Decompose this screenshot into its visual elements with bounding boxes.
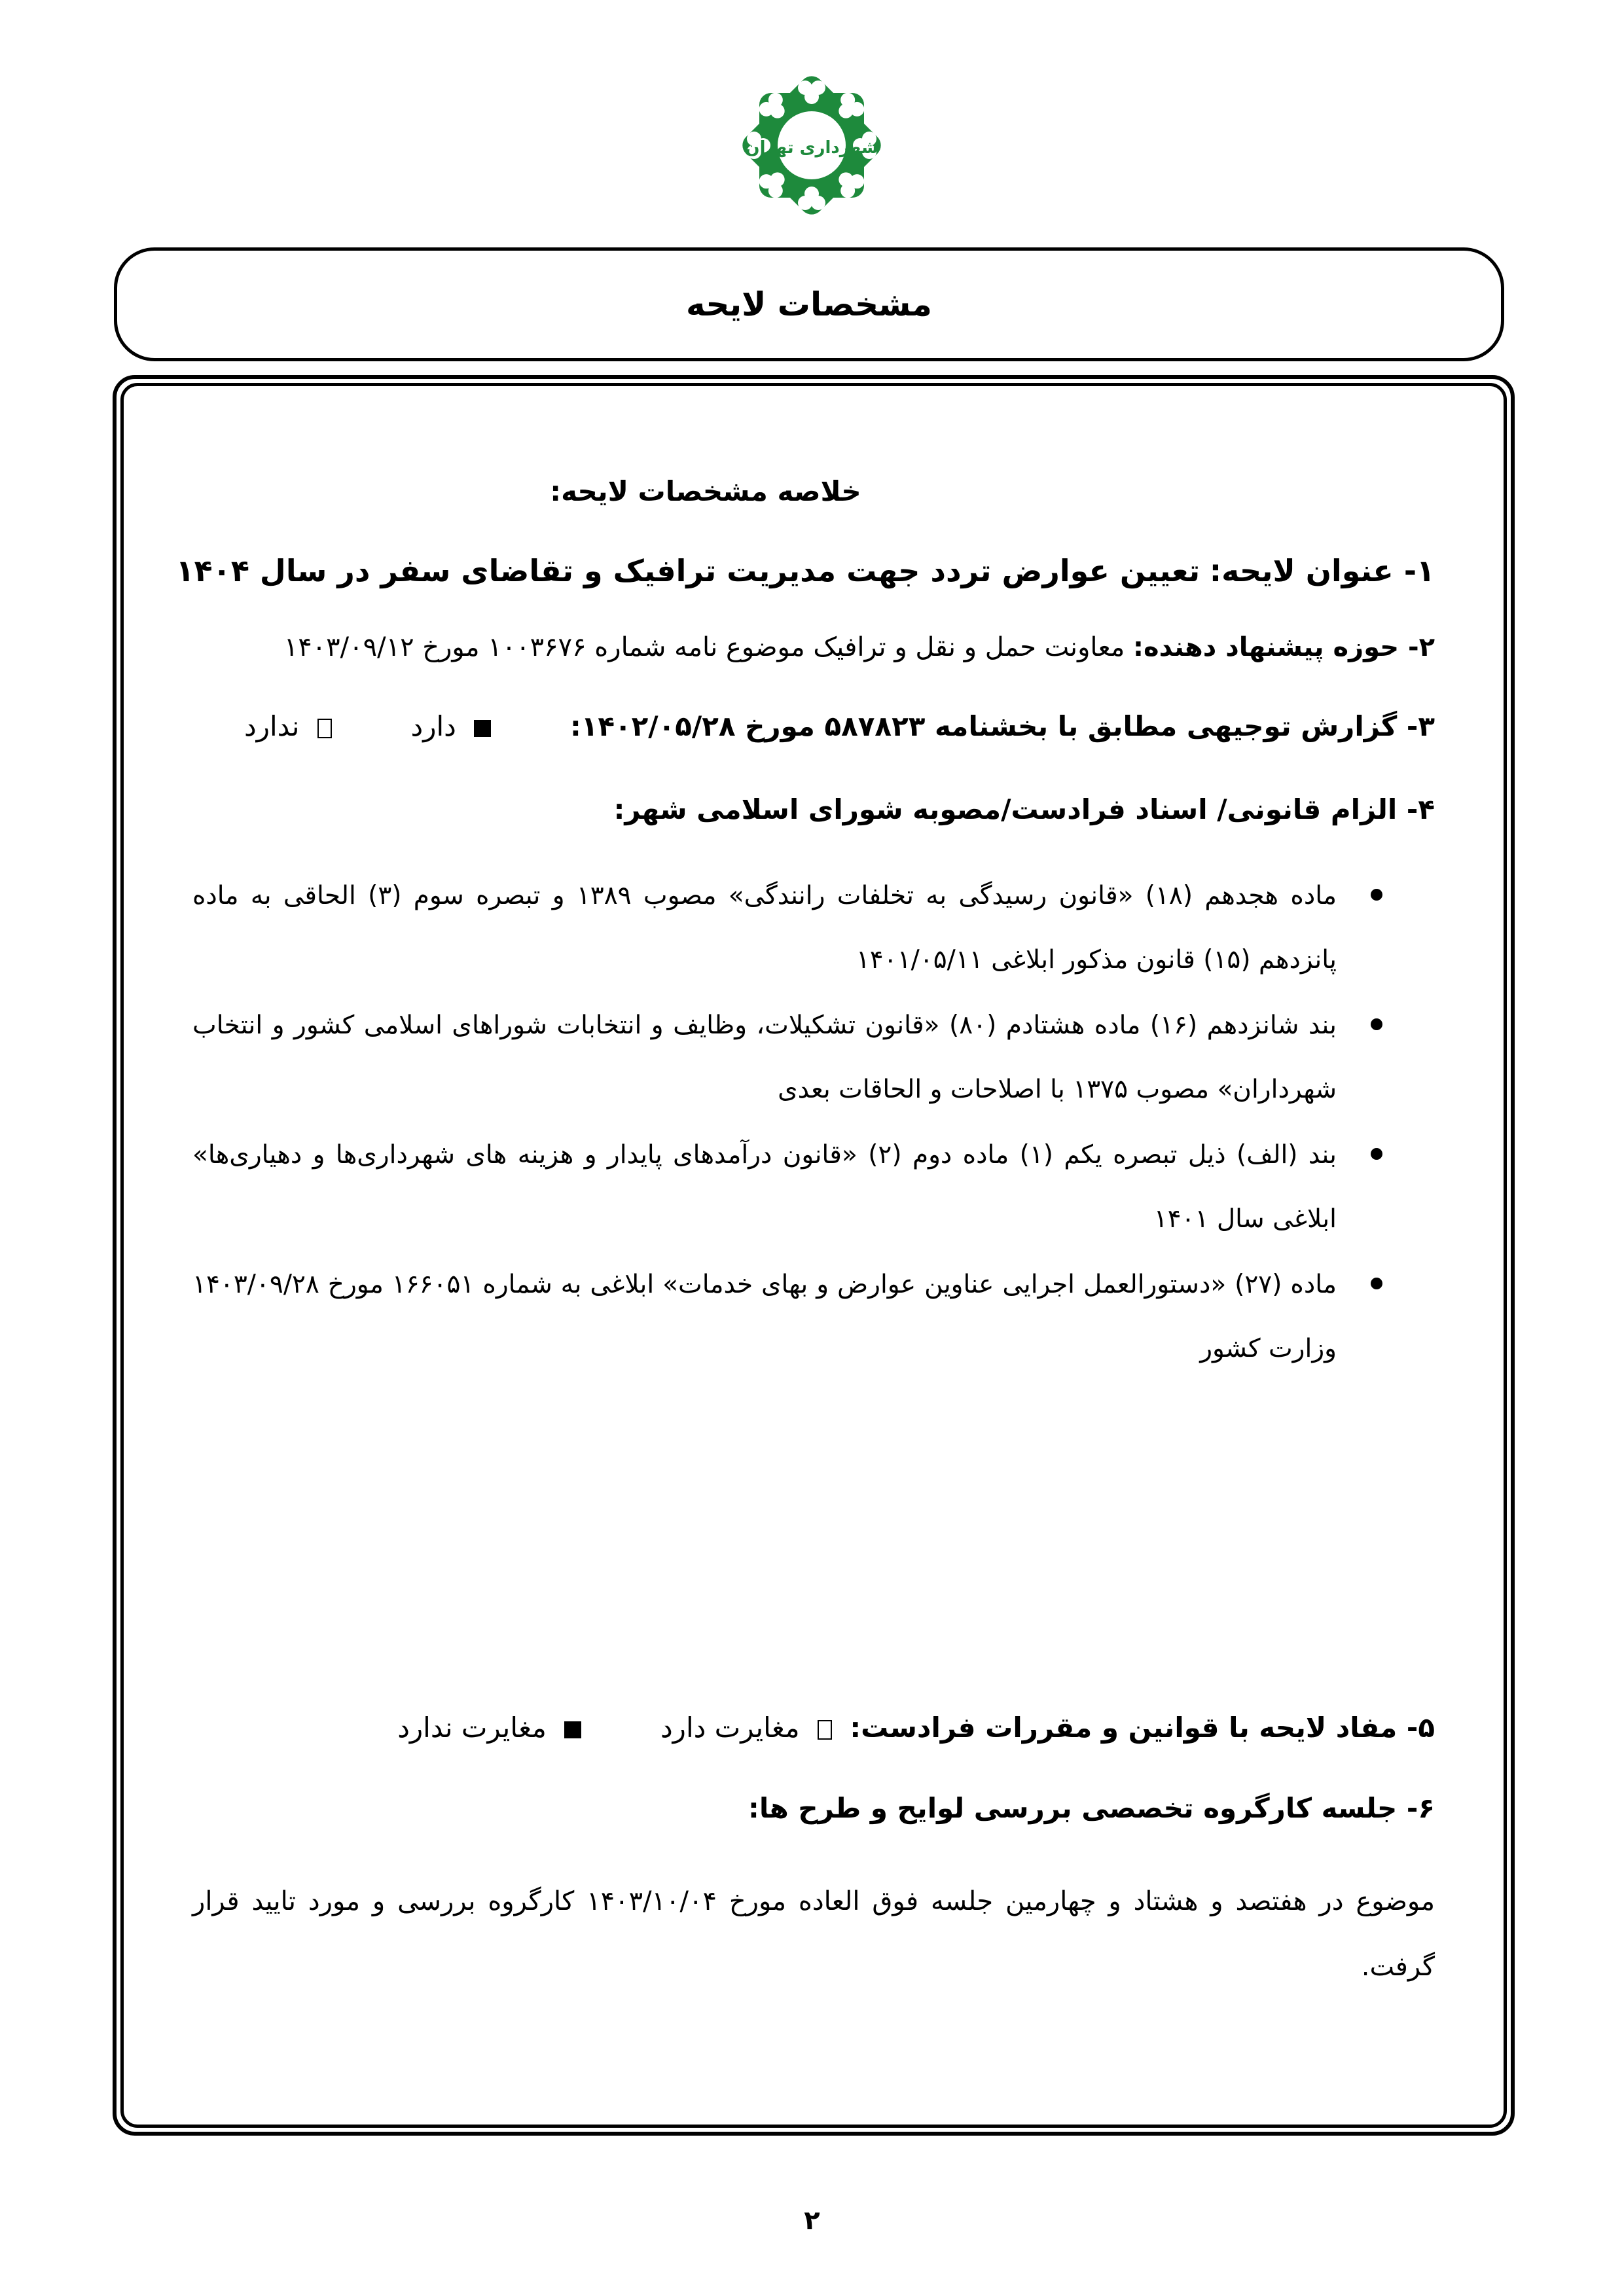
logo-text: شهرداری تهران bbox=[745, 138, 878, 158]
list-item-text: بند (الف) ذیل تبصره یکم (۱) ماده دوم (۲)… bbox=[192, 1140, 1337, 1234]
title-box: مشخصات لایحه bbox=[114, 247, 1504, 361]
item-5-label: ۵- مفاد لایحه با قوانین و مقررات فرادست: bbox=[850, 1712, 1435, 1744]
item-2-label: ۲- حوزه پیشنهاد دهنده: bbox=[1133, 632, 1435, 662]
checkbox-no-report-unchecked[interactable] bbox=[317, 719, 332, 738]
option-has-report: دارد bbox=[411, 710, 456, 742]
item-4-label: ۴- الزام قانونی/ اسناد فرادست/مصوبه شورا… bbox=[614, 793, 1435, 825]
checkbox-has-conflict-unchecked[interactable] bbox=[818, 1720, 832, 1740]
item-4-legal-requirement: ۴- الزام قانونی/ اسناد فرادست/مصوبه شورا… bbox=[192, 793, 1435, 826]
item-2-value: معاونت حمل و نقل و ترافیک موضوع نامه شما… bbox=[284, 632, 1125, 662]
checkbox-no-conflict-checked[interactable] bbox=[564, 1721, 581, 1738]
legal-references-list: ماده هجدهم (۱۸) «قانون رسیدگی به تخلفات … bbox=[192, 864, 1435, 1382]
item-1-value: تعیین عوارض تردد جهت مدیریت ترافیک و تقا… bbox=[176, 553, 1200, 588]
list-item: ماده (۲۷) «دستورالعمل اجرایی عناوین عوار… bbox=[192, 1253, 1435, 1381]
bullet-icon bbox=[1371, 1278, 1382, 1289]
list-item-text: بند شانزدهم (۱۶) ماده هشتادم (۸۰) «قانون… bbox=[192, 1011, 1337, 1104]
main-frame: خلاصه مشخصات لایحه: ۱- عنوان لایحه: تعیی… bbox=[113, 375, 1515, 2136]
item-5-conflict-check: ۵- مفاد لایحه با قوانین و مقررات فرادست:… bbox=[192, 1712, 1435, 1744]
item-3-justification-report: ۳- گزارش توجیهی مطابق با بخشنامه ۵۸۷۸۲۳ … bbox=[192, 710, 1435, 743]
page-number: ۲ bbox=[0, 2206, 1624, 2236]
main-frame-inner: خلاصه مشخصات لایحه: ۱- عنوان لایحه: تعیی… bbox=[120, 383, 1507, 2128]
item-1-title: ۱- عنوان لایحه: تعیین عوارض تردد جهت مدی… bbox=[192, 553, 1435, 589]
item-3-label: ۳- گزارش توجیهی مطابق با بخشنامه ۵۸۷۸۲۳ … bbox=[570, 710, 1435, 742]
item-6-working-group: ۶- جلسه کارگروه تخصصی بررسی لوایح و طرح … bbox=[192, 1792, 1435, 1825]
list-item: ماده هجدهم (۱۸) «قانون رسیدگی به تخلفات … bbox=[192, 864, 1435, 992]
item-1-label: ۱- عنوان لایحه: bbox=[1210, 553, 1435, 588]
tehran-municipality-logo: شهرداری تهران bbox=[728, 60, 895, 230]
item-6-label: ۶- جلسه کارگروه تخصصی بررسی لوایح و طرح … bbox=[748, 1792, 1435, 1824]
list-item-text: ماده (۲۷) «دستورالعمل اجرایی عناوین عوار… bbox=[192, 1270, 1337, 1363]
checkbox-has-report-checked[interactable] bbox=[474, 720, 491, 737]
bullet-icon bbox=[1371, 1148, 1382, 1160]
document-title: مشخصات لایحه bbox=[686, 285, 932, 323]
option-no-conflict: مغایرت ندارد bbox=[397, 1712, 547, 1744]
list-item: بند شانزدهم (۱۶) ماده هشتادم (۸۰) «قانون… bbox=[192, 994, 1435, 1122]
logo-emblem-icon: شهرداری تهران bbox=[728, 60, 895, 230]
bullet-icon bbox=[1371, 1018, 1382, 1030]
working-group-result: موضوع در هفتصد و هشتاد و چهارمین جلسه فو… bbox=[192, 1869, 1435, 2000]
list-item-text: ماده هجدهم (۱۸) «قانون رسیدگی به تخلفات … bbox=[192, 881, 1337, 975]
bullet-icon bbox=[1371, 889, 1382, 901]
content-area: خلاصه مشخصات لایحه: ۱- عنوان لایحه: تعیی… bbox=[192, 386, 1435, 2125]
option-no-report: ندارد bbox=[244, 710, 299, 742]
summary-heading: خلاصه مشخصات لایحه: bbox=[192, 475, 1435, 507]
item-2-proposer: ۲- حوزه پیشنهاد دهنده: معاونت حمل و نقل … bbox=[192, 632, 1435, 663]
list-item: بند (الف) ذیل تبصره یکم (۱) ماده دوم (۲)… bbox=[192, 1123, 1435, 1251]
option-has-conflict: مغایرت دارد bbox=[660, 1712, 800, 1744]
